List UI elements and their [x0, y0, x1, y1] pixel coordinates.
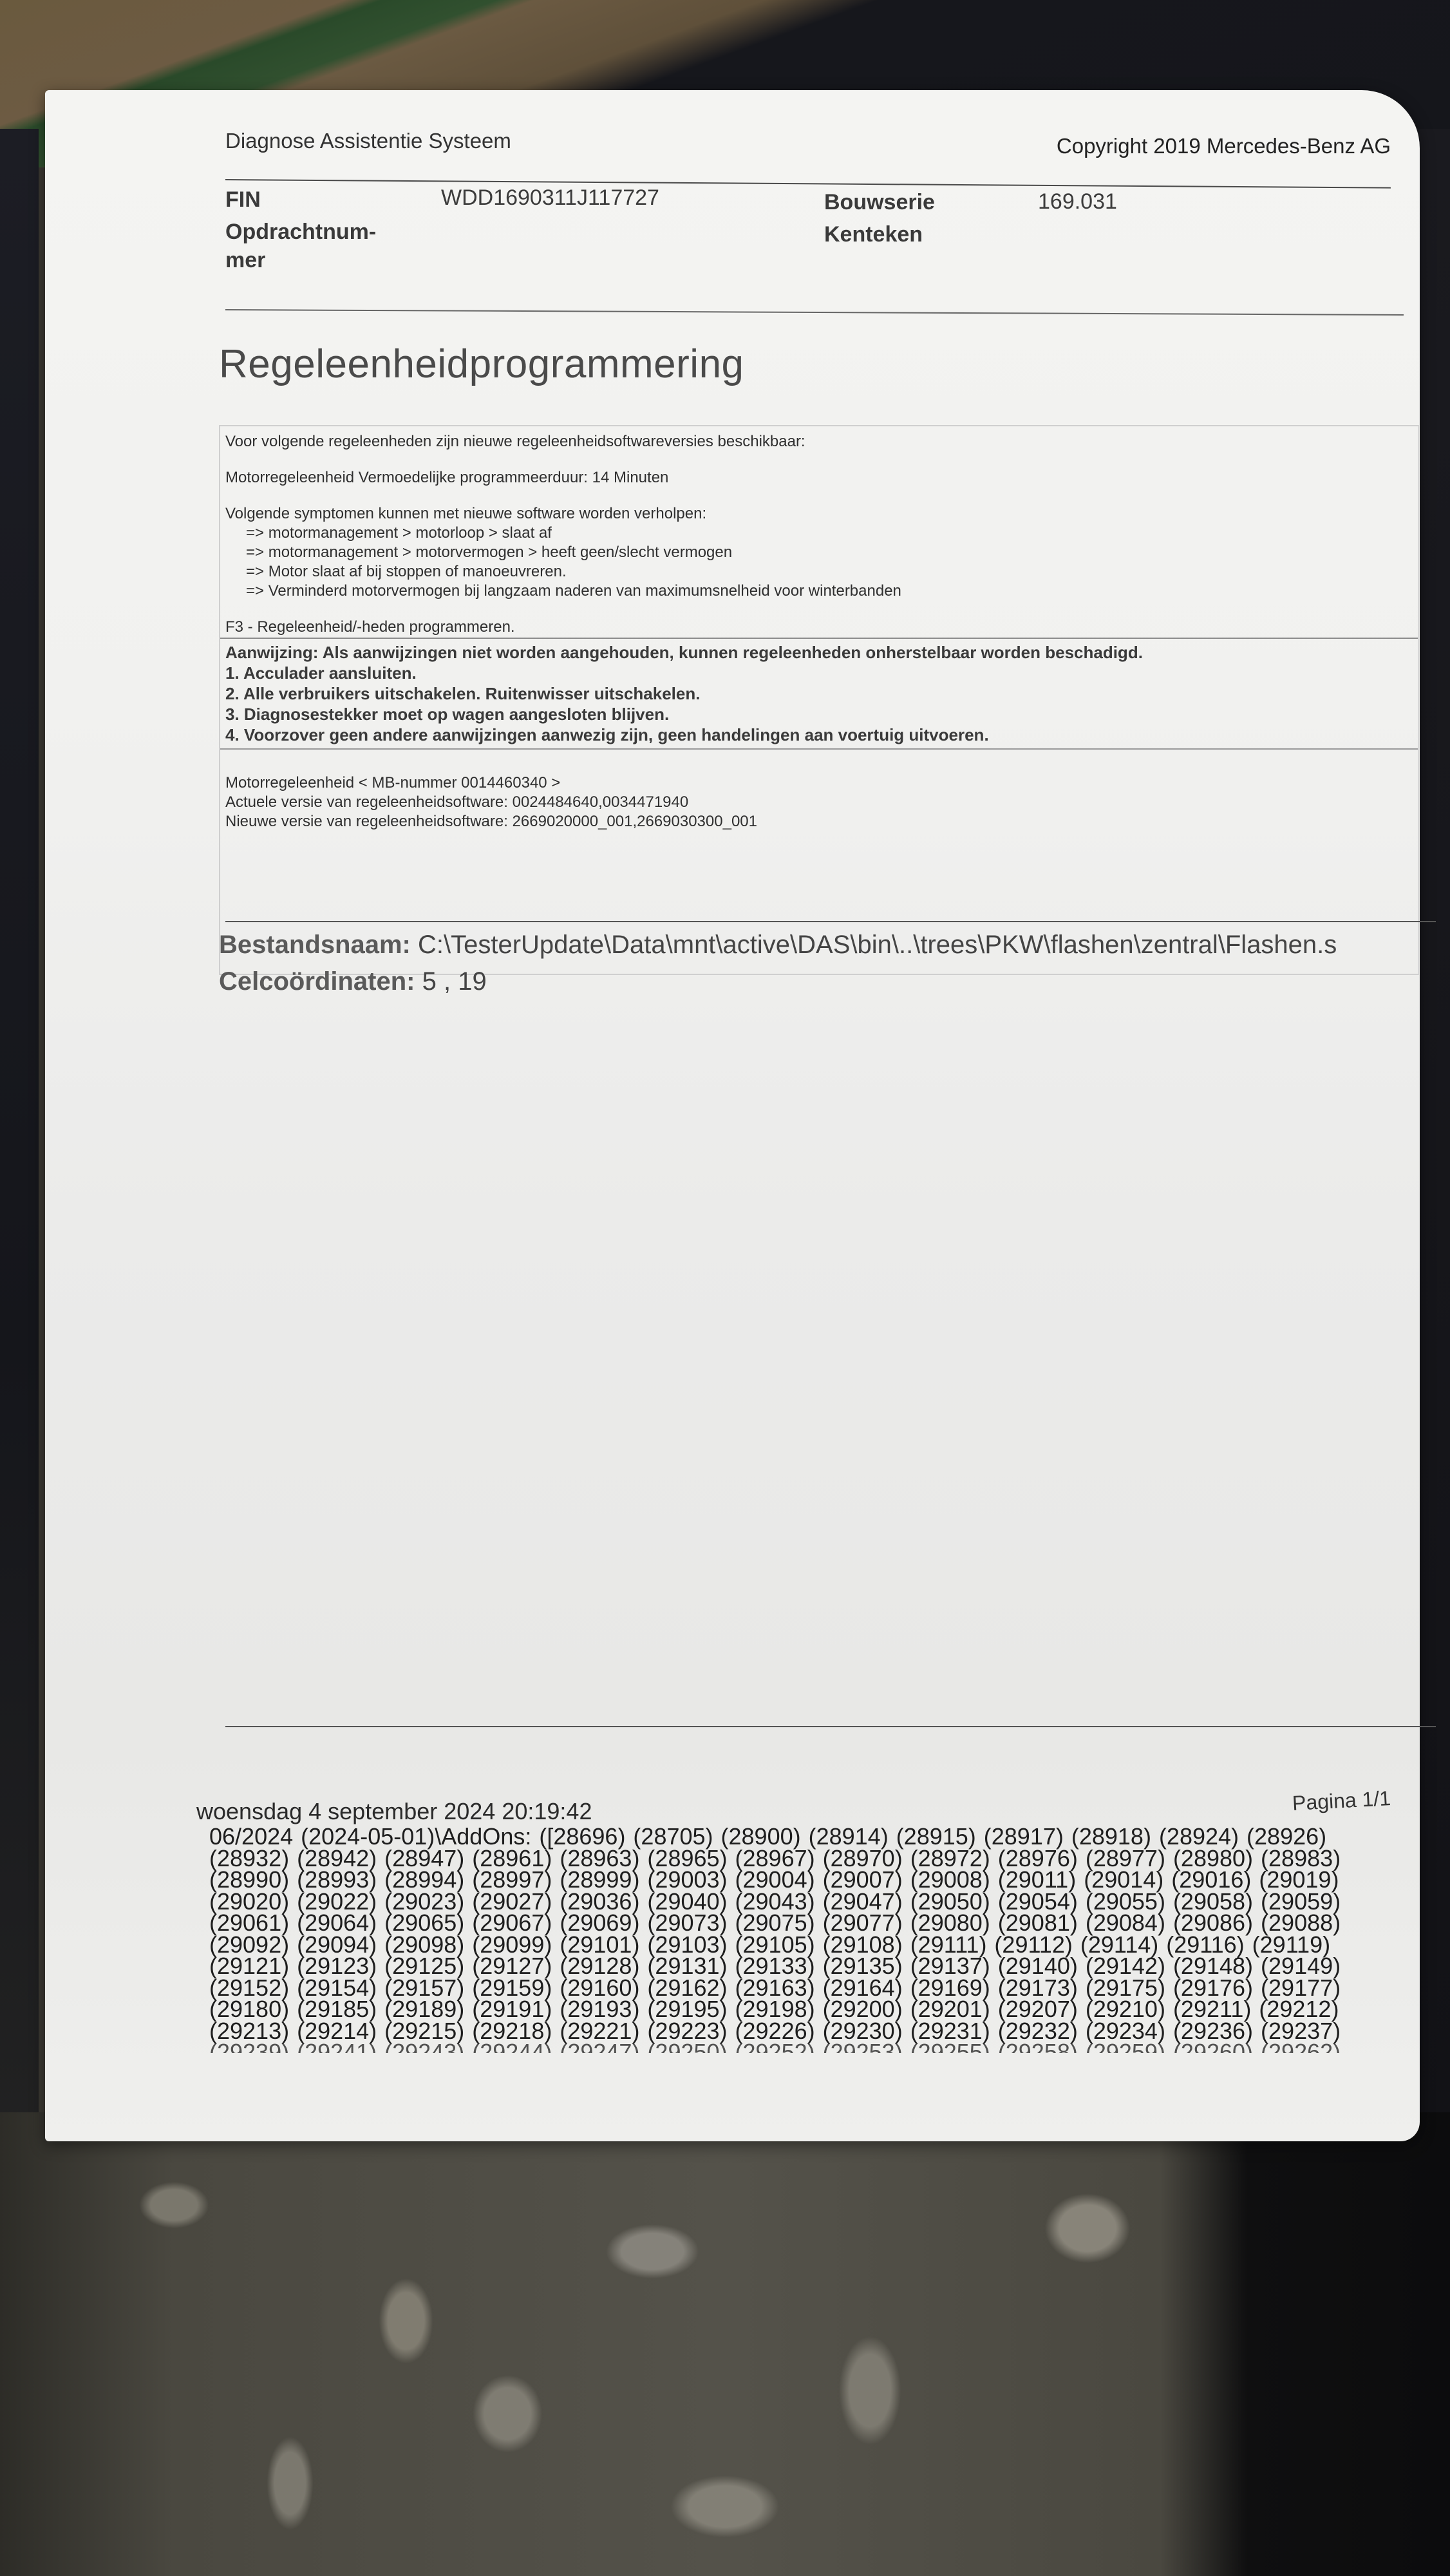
- file-info-divider: [225, 921, 1436, 922]
- addons-row: (29213) (29214) (29215) (29218) (29221) …: [209, 2020, 1410, 2042]
- coordinates-value: 5 , 19: [422, 967, 487, 996]
- symptom-item: => Verminderd motorvermogen bij langzaam…: [246, 582, 901, 600]
- programming-duration: Motorregeleenheid Vermoedelijke programm…: [225, 469, 668, 487]
- programming-intro: Voor volgende regeleenheden zijn nieuwe …: [225, 433, 805, 451]
- software-current-version: Actuele versie van regeleenheidsoftware:…: [225, 793, 688, 811]
- license-plate-label: Kenteken: [824, 220, 923, 249]
- symptoms-intro: Volgende symptomen kunnen met nieuwe sof…: [225, 505, 706, 523]
- symptom-item: => Motor slaat af bij stoppen of manoeuv…: [246, 563, 567, 581]
- warning-top-divider: [220, 638, 1418, 639]
- vehicle-info-divider: [225, 309, 1404, 316]
- symptom-item: => motormanagement > motorloop > slaat a…: [246, 524, 552, 542]
- warning-bottom-divider: [220, 748, 1418, 750]
- fin-value: WDD1690311J117727: [441, 185, 659, 211]
- photo-background-floor: [0, 2112, 1450, 2576]
- addons-row: (29020) (29022) (29023) (29027) (29036) …: [209, 1891, 1410, 1913]
- addons-row: (29092) (29094) (29098) (29099) (29101) …: [209, 1934, 1410, 1956]
- addons-row: 06/2024 (2024-05-01)\AddOns: ([28696) (2…: [209, 1826, 1410, 1848]
- page-number: Pagina 1/1: [1292, 1786, 1391, 1815]
- coordinates-line: Celcoördinaten: 5 , 19: [219, 967, 487, 996]
- addons-row: (29180) (29185) (29189) (29191) (29193) …: [209, 1998, 1410, 2020]
- programming-action: F3 - Regeleenheid/-heden programmeren.: [225, 618, 515, 636]
- warning-step: 3. Diagnosestekker moet op wagen aangesl…: [225, 705, 669, 724]
- page-content: Diagnose Assistentie Systeem Copyright 2…: [225, 90, 1397, 2141]
- filename-value: C:\TesterUpdate\Data\mnt\active\DAS\bin\…: [418, 931, 1337, 959]
- warning-title: Aanwijzing: Als aanwijzingen niet worden…: [225, 643, 1143, 663]
- print-datetime: woensdag 4 september 2024 20:19:42: [196, 1798, 592, 1825]
- copyright: Copyright 2019 Mercedes-Benz AG: [1057, 134, 1391, 158]
- photo-background-left: [0, 129, 39, 2157]
- filename-line: Bestandsnaam: C:\TesterUpdate\Data\mnt\a…: [219, 931, 1337, 960]
- page-title: Regeleenheidprogrammering: [219, 341, 744, 387]
- programming-box: Voor volgende regeleenheden zijn nieuwe …: [219, 425, 1419, 975]
- symptom-item: => motormanagement > motorvermogen > hee…: [246, 544, 732, 562]
- series-value: 169.031: [1038, 189, 1117, 214]
- fin-label: FIN: [225, 185, 261, 214]
- warning-step: 4. Voorzover geen andere aanwijzingen aa…: [225, 725, 989, 745]
- addons-row-cut-off: (29239) (29241) (29243) (29244) (29247) …: [209, 2041, 1410, 2053]
- addons-row: (29061) (29064) (29065) (29067) (29069) …: [209, 1912, 1410, 1934]
- system-name: Diagnose Assistentie Systeem: [225, 129, 511, 153]
- coordinates-label: Celcoördinaten:: [219, 967, 415, 996]
- filename-label: Bestandsnaam:: [219, 931, 411, 959]
- addons-row: (28990) (28993) (28994) (28997) (28999) …: [209, 1869, 1410, 1891]
- order-number-label: Opdrachtnum- mer: [225, 218, 431, 274]
- header-divider: [225, 179, 1391, 189]
- addons-row: (28932) (28942) (28947) (28961) (28963) …: [209, 1848, 1410, 1870]
- addons-row: (29121) (29123) (29125) (29127) (29128) …: [209, 1955, 1410, 1977]
- software-unit: Motorregeleenheid < MB-nummer 0014460340…: [225, 774, 560, 792]
- warning-step: 1. Acculader aansluiten.: [225, 663, 417, 683]
- series-label: Bouwserie: [824, 188, 935, 216]
- warning-step: 2. Alle verbruikers uitschakelen. Ruiten…: [225, 684, 700, 704]
- footer-divider: [225, 1726, 1436, 1727]
- printed-page: Diagnose Assistentie Systeem Copyright 2…: [45, 90, 1420, 2141]
- software-new-version: Nieuwe versie van regeleenheidsoftware: …: [225, 813, 757, 831]
- addons-list: 06/2024 (2024-05-01)\AddOns: ([28696) (2…: [209, 1826, 1410, 2053]
- addons-row: (29152) (29154) (29157) (29159) (29160) …: [209, 1977, 1410, 1999]
